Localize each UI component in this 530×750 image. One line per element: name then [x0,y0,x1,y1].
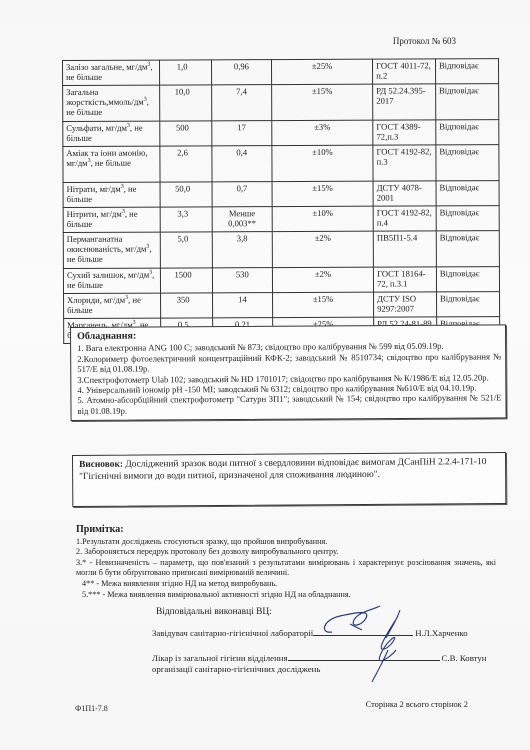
indicator-cell: Нітрити, мг/дм3, не більше [63,207,160,232]
note-item: 5.*** - Межа виявлення вимірювальної акт… [76,590,496,601]
indicator-cell: Сухий залишок, мг/дм3, не більше [63,268,160,293]
uncertainty-cell: ±15% [272,181,373,206]
table-row: Нітрати, мг/дм3, не більше50,00,7±15%ДСТ… [63,181,499,208]
uncertainty-cell: ±15% [272,292,373,317]
signer-position: Лікар із загальної гігієни відділення [152,653,288,663]
notes-title: Примітка: [76,525,496,536]
signature-row-hygienist: Лікар із загальної гігієни відділенняС.В… [152,652,486,675]
norm-cell: 1,0 [160,60,212,85]
result-cell: 17 [212,121,272,146]
notes-section: Примітка: 1.Результати досліджень стосую… [76,525,496,600]
table-row: Сульфати, мг/дм3, не більше50017±3%ГОСТ … [63,120,499,147]
table-row: Аміак та іони амонію, мг/дм3, не більше2… [63,145,499,183]
results-table: Залізо загальне, мг/дм3, не більше1,00,9… [62,58,500,344]
conclusion-cell: Відповідає [436,231,499,267]
conclusion-text: Досліджений зразок води питної з свердло… [79,457,486,481]
uncertainty-cell: ±25% [271,59,372,84]
form-code: Ф1П1-7.8 [75,704,108,713]
result-cell: Менше 0,003** [212,207,272,232]
norm-cell: 50,0 [160,182,212,207]
table-row: Сухий залишок, мг/дм3, не більше1500530±… [63,267,499,294]
conclusion-cell: Відповідає [436,181,499,206]
method-cell: ГОСТ 4389-72,п.3 [373,120,436,145]
uncertainty-cell: ±2% [272,231,373,267]
norm-cell: 500 [160,121,212,146]
table-row: Нітрити, мг/дм3, не більше3,3Менше 0,003… [63,206,499,233]
conclusion-cell: Відповідає [435,59,498,84]
table-row: Залізо загальне, мг/дм3, не більше1,00,9… [63,59,499,86]
conclusion-cell: Відповідає [436,84,499,120]
note-item: 1.Результати досліджень стосуються зразк… [76,537,496,548]
result-cell: 0,4 [212,146,272,182]
signer-position: Завідувач санітарно-гігієнічної лаборато… [152,628,313,638]
result-cell: 530 [212,268,272,293]
table-row: Перманганатна окиснюваність, мг/дм3, не … [63,231,499,269]
indicator-cell: Сульфати, мг/дм3, не більше [63,121,160,146]
method-cell: ГОСТ 4011-72, п.2 [373,59,436,84]
result-cell: 14 [212,293,272,318]
signer-name: Н.Л.Харченко [415,628,467,638]
conclusion-box: Висновок: Досліджений зразок води питної… [72,452,506,507]
norm-cell: 5,0 [161,232,213,268]
protocol-number: Протокол № 603 [393,36,456,46]
norm-cell: 350 [161,293,213,318]
table-row: Загальна жорсткість,ммоль/дм3, не більше… [63,84,499,122]
method-cell: ГОСТ 18164-72, п.3.1 [374,267,437,292]
method-cell: ГОСТ 4192-82, п.4 [373,206,436,231]
conclusion-cell: Відповідає [436,206,499,231]
norm-cell: 2,6 [160,146,212,182]
conclusion-cell: Відповідає [436,292,499,317]
indicator-cell: Залізо загальне, мг/дм3, не більше [63,60,160,85]
method-cell: ПВ5П1-5.4 [373,231,436,267]
indicator-cell: Перманганатна окиснюваність, мг/дм3, не … [63,232,160,268]
method-cell: РД 52.24.395-2017 [373,84,436,120]
uncertainty-cell: ±3% [272,120,373,145]
indicator-cell: Хлориди, мг/дм3, не більше [64,293,161,318]
method-cell: ДСТУ ISO 9297:2007 [374,292,437,317]
signer-name: С.В. Ковтун [442,653,487,663]
indicator-cell: Загальна жорсткість,ммоль/дм3, не більше [63,85,160,121]
norm-cell: 1500 [161,268,213,293]
indicator-cell: Нітрати, мг/дм3, не більше [63,182,160,207]
responsible-label: Відповідальні виконавці ВЦ: [156,607,272,617]
norm-cell: 10,0 [160,85,212,121]
signature-row-lab-head: Завідувач санітарно-гігієнічної лаборато… [152,627,468,639]
signer-position-line2: організації санітарно-гігієнічних дослід… [152,664,486,675]
conclusion-cell: Відповідає [436,267,499,292]
uncertainty-cell: ±10% [272,145,373,181]
signature-line [313,627,413,636]
uncertainty-cell: ±15% [271,84,372,120]
equipment-item: 2.Колориметр фотоелектричний концентраці… [77,351,501,374]
note-item: 3.* - Невизначеність – параметр, що пов'… [76,558,496,579]
method-cell: ДСТУ 4078-2001 [373,181,436,206]
uncertainty-cell: ±2% [272,267,373,292]
note-item: 4** - Межа виявлення згідно НД на метод … [76,579,496,590]
signature-line [288,652,440,661]
norm-cell: 3,3 [160,207,212,232]
method-cell: ГОСТ 4192-82, п.3 [373,145,436,181]
result-cell: 0,7 [212,182,272,207]
page-count: Сторінка 2 всього сторінок 2 [366,700,468,709]
document-page: Протокол № 603 Залізо загальне, мг/дм3, … [0,0,530,750]
conclusion-label: Висновок: [79,460,123,470]
conclusion-cell: Відповідає [436,120,499,145]
equipment-box: Обладнання: 1. Вага електронна ANG 100 C… [70,324,507,421]
result-cell: 3,8 [212,232,272,268]
note-item: 2. Забороняється передрук протоколу без … [76,547,496,558]
indicator-cell: Аміак та іони амонію, мг/дм3, не більше [63,146,160,182]
result-cell: 7,4 [211,85,271,121]
uncertainty-cell: ±10% [272,206,373,231]
result-cell: 0,96 [211,60,271,85]
equipment-item: 5. Атомно-абсорбційний спектрофотометр "… [77,393,501,416]
conclusion-cell: Відповідає [436,145,499,181]
table-row: Хлориди, мг/дм3, не більше35014±15%ДСТУ … [64,292,500,319]
